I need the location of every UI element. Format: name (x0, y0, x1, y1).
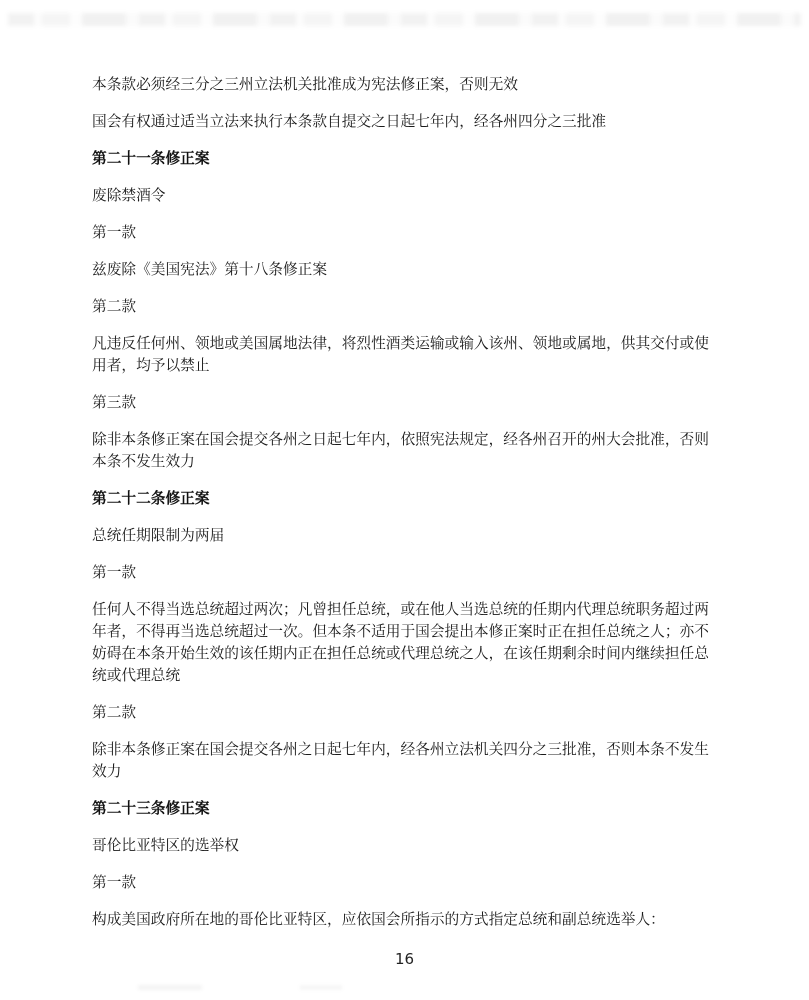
subtitle-amendment-23: 哥伦比亚特区的选举权 (92, 835, 716, 857)
paragraph-term-limit: 任何人不得当选总统超过两次；凡曾担任总统，或在他人当选总统的任期内代理总统职务超… (92, 599, 716, 687)
paragraph-ratification-validity: 本条款必须经三分之三州立法机关批准成为宪法修正案，否则无效 (92, 74, 716, 96)
heading-amendment-23: 第二十三条修正案 (92, 798, 716, 820)
document-page: 本条款必须经三分之三州立法机关批准成为宪法修正案，否则无效 国会有权通过适当立法… (0, 0, 809, 1000)
label-section-1-amendment-22: 第一款 (92, 562, 716, 584)
paragraph-liquor-transport-ban: 凡违反任何州、领地或美国属地法律，将烈性酒类运输或输入该州、领地或属地，供其交付… (92, 333, 716, 377)
heading-amendment-22: 第二十二条修正案 (92, 488, 716, 510)
document-body: 本条款必须经三分之三州立法机关批准成为宪法修正案，否则无效 国会有权通过适当立法… (92, 74, 716, 946)
page-edge-artifact-bottom-left (138, 985, 202, 990)
paragraph-dc-electors: 构成美国政府所在地的哥伦比亚特区，应依国会所指示的方式指定总统和副总统选举人： (92, 909, 716, 931)
page-number: 16 (0, 948, 809, 970)
label-section-1-amendment-23: 第一款 (92, 872, 716, 894)
paragraph-ratification-deadline-21: 除非本条修正案在国会提交各州之日起七年内，依照宪法规定，经各州召开的州大会批准，… (92, 429, 716, 473)
heading-amendment-21: 第二十一条修正案 (92, 148, 716, 170)
label-section-2-amendment-21: 第二款 (92, 296, 716, 318)
label-section-2-amendment-22: 第二款 (92, 702, 716, 724)
paragraph-congress-enforcement: 国会有权通过适当立法来执行本条款自提交之日起七年内，经各州四分之三批准 (92, 111, 716, 133)
paragraph-repeal-18th: 兹废除《美国宪法》第十八条修正案 (92, 259, 716, 281)
page-edge-artifact-bottom-mid (300, 985, 342, 990)
page-edge-artifact-top (8, 13, 801, 26)
paragraph-ratification-deadline-22: 除非本条修正案在国会提交各州之日起七年内，经各州立法机关四分之三批准，否则本条不… (92, 739, 716, 783)
subtitle-amendment-22: 总统任期限制为两届 (92, 525, 716, 547)
label-section-1-amendment-21: 第一款 (92, 222, 716, 244)
label-section-3-amendment-21: 第三款 (92, 392, 716, 414)
subtitle-amendment-21: 废除禁酒令 (92, 185, 716, 207)
